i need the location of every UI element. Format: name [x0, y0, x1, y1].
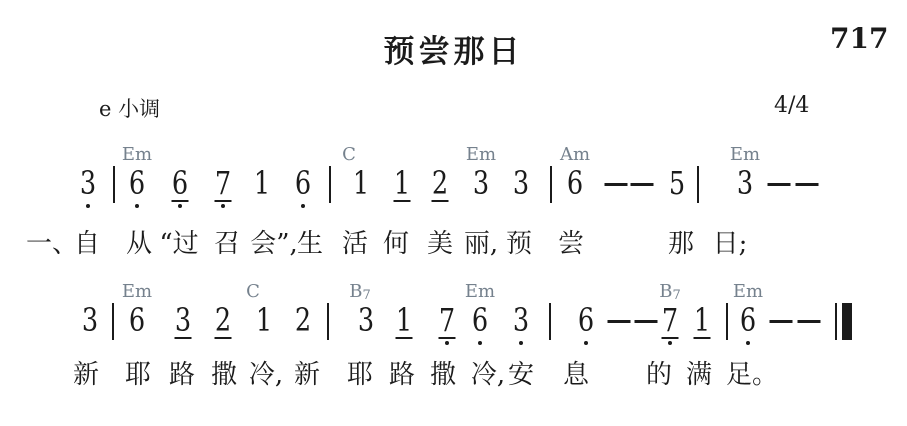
duration-dash	[608, 320, 631, 323]
hymn-number: 717	[830, 22, 888, 55]
lyric-syllable: 撒	[430, 360, 456, 390]
lyric-syllable: 预	[506, 229, 532, 259]
note-digit: 6	[578, 302, 594, 338]
lyric-syllable: 丽,	[464, 229, 498, 259]
duration-dash	[605, 183, 628, 186]
note-digit: 2	[215, 302, 231, 338]
lyric-syllable: 路	[389, 360, 415, 390]
chord-label: Em	[466, 145, 496, 165]
low-octave-dot	[135, 204, 139, 208]
lyric-syllable: 冷,	[249, 360, 283, 390]
low-octave-dot	[668, 341, 672, 345]
note-digit: 5	[669, 165, 685, 201]
music-line-1: 3Em66716C112Em33Am65Em3	[0, 145, 907, 215]
chord-label: Em	[122, 282, 152, 302]
chord-label: Em	[733, 282, 763, 302]
note-digit: 1	[694, 302, 710, 338]
note-digit: 6	[129, 165, 145, 201]
barline	[726, 303, 728, 340]
note-digit: 3	[513, 302, 529, 338]
lyric-syllable: 会”,	[250, 229, 298, 259]
note-digit: 3	[80, 165, 96, 201]
chord-label: C	[246, 282, 260, 302]
low-octave-dot	[519, 341, 523, 345]
hymn-title: 预尝那日	[0, 26, 907, 71]
lyric-syllable: 生	[297, 229, 323, 259]
note-digit: 1	[353, 165, 369, 201]
note-digit: 1	[256, 302, 272, 338]
chord-label: Em	[465, 282, 495, 302]
chord-label: Em	[122, 145, 152, 165]
note-digit: 3	[175, 302, 191, 338]
hymn-sheet: 预尝那日 717 e 小调 4/4 3Em66716C112Em33Am65Em…	[0, 0, 907, 426]
lyric-syllable: 安	[508, 360, 534, 390]
note-digit: 3	[82, 302, 98, 338]
note-digit: 6	[740, 302, 756, 338]
note-digit: 1	[396, 302, 412, 338]
low-octave-dot	[86, 204, 90, 208]
lyric-syllable: 从	[126, 229, 152, 259]
final-barline-thin	[835, 303, 837, 340]
note-digit: 2	[295, 302, 311, 338]
low-octave-dot	[478, 341, 482, 345]
lyric-syllable: 那	[668, 229, 694, 259]
lyric-syllable: 息	[563, 360, 589, 390]
note-digit: 1	[254, 165, 270, 201]
duration-dash	[796, 183, 819, 186]
time-signature: 4/4	[774, 93, 809, 118]
note-digit: 3	[358, 302, 374, 338]
note-digit: 6	[567, 165, 583, 201]
lyric-syllable: “过	[159, 229, 198, 259]
lyric-syllable: 耶	[125, 360, 151, 390]
lyric-syllable: 召	[214, 229, 240, 259]
lyric-syllable: 满	[686, 360, 712, 390]
low-octave-dot	[221, 204, 225, 208]
lyric-syllable: 耶	[347, 360, 373, 390]
eighth-underline	[172, 200, 189, 202]
lyric-syllable: 尝	[558, 229, 584, 259]
lyric-syllable: 何	[383, 229, 409, 259]
note-digit: 2	[432, 165, 448, 201]
lyric-line-1: 一、自从“过召会”,生活何美丽,预尝那日;	[0, 229, 907, 261]
eighth-underline	[662, 337, 679, 339]
eighth-underline	[432, 200, 449, 202]
note-digit: 3	[737, 165, 753, 201]
low-octave-dot	[746, 341, 750, 345]
barline	[112, 303, 114, 340]
lyric-syllable: 撒	[211, 360, 237, 390]
note-digit: 3	[513, 165, 529, 201]
note-digit: 6	[129, 302, 145, 338]
lyric-line-2: 新耶路撒冷,新耶路撒冷,安息的满足。	[0, 360, 907, 392]
note-digit: 7	[662, 302, 678, 338]
barline	[327, 303, 329, 340]
duration-dash	[768, 183, 791, 186]
lyric-syllable: 新	[73, 360, 99, 390]
barline	[549, 303, 551, 340]
lyric-syllable: 自	[74, 229, 100, 259]
lyric-syllable: 的	[646, 360, 672, 390]
chord-label: Am	[560, 145, 590, 165]
barline	[697, 166, 699, 203]
note-digit: 3	[473, 165, 489, 201]
lyric-syllable: 冷,	[471, 360, 505, 390]
chord-label: C	[342, 145, 356, 165]
lyric-syllable: 路	[169, 360, 195, 390]
eighth-underline	[394, 200, 411, 202]
lyric-syllable: 一、	[26, 229, 78, 259]
key-signature: e 小调	[99, 93, 160, 123]
barline	[113, 166, 115, 203]
note-digit: 1	[394, 165, 410, 201]
eighth-underline	[439, 337, 456, 339]
duration-dash	[798, 320, 821, 323]
low-octave-dot	[445, 341, 449, 345]
duration-dash	[635, 320, 658, 323]
duration-dash	[770, 320, 793, 323]
lyric-syllable: 新	[294, 360, 320, 390]
barline	[329, 166, 331, 203]
low-octave-dot	[301, 204, 305, 208]
chord-label: Em	[730, 145, 760, 165]
eighth-underline	[215, 337, 232, 339]
barline	[550, 166, 552, 203]
low-octave-dot	[178, 204, 182, 208]
note-digit: 7	[439, 302, 455, 338]
duration-dash	[631, 183, 654, 186]
lyric-syllable: 活	[342, 229, 368, 259]
eighth-underline	[396, 337, 413, 339]
eighth-underline	[215, 200, 232, 202]
note-digit: 6	[172, 165, 188, 201]
lyric-syllable: 美	[427, 229, 453, 259]
final-barline-thick	[842, 303, 852, 340]
low-octave-dot	[584, 341, 588, 345]
note-digit: 6	[295, 165, 311, 201]
lyric-syllable: 日;	[713, 229, 748, 259]
note-digit: 6	[472, 302, 488, 338]
eighth-underline	[175, 337, 192, 339]
music-line-2: 3Em632C12B7317Em636B771Em6	[0, 282, 907, 352]
lyric-syllable: 足。	[726, 360, 778, 390]
note-digit: 7	[215, 165, 231, 201]
eighth-underline	[694, 337, 711, 339]
